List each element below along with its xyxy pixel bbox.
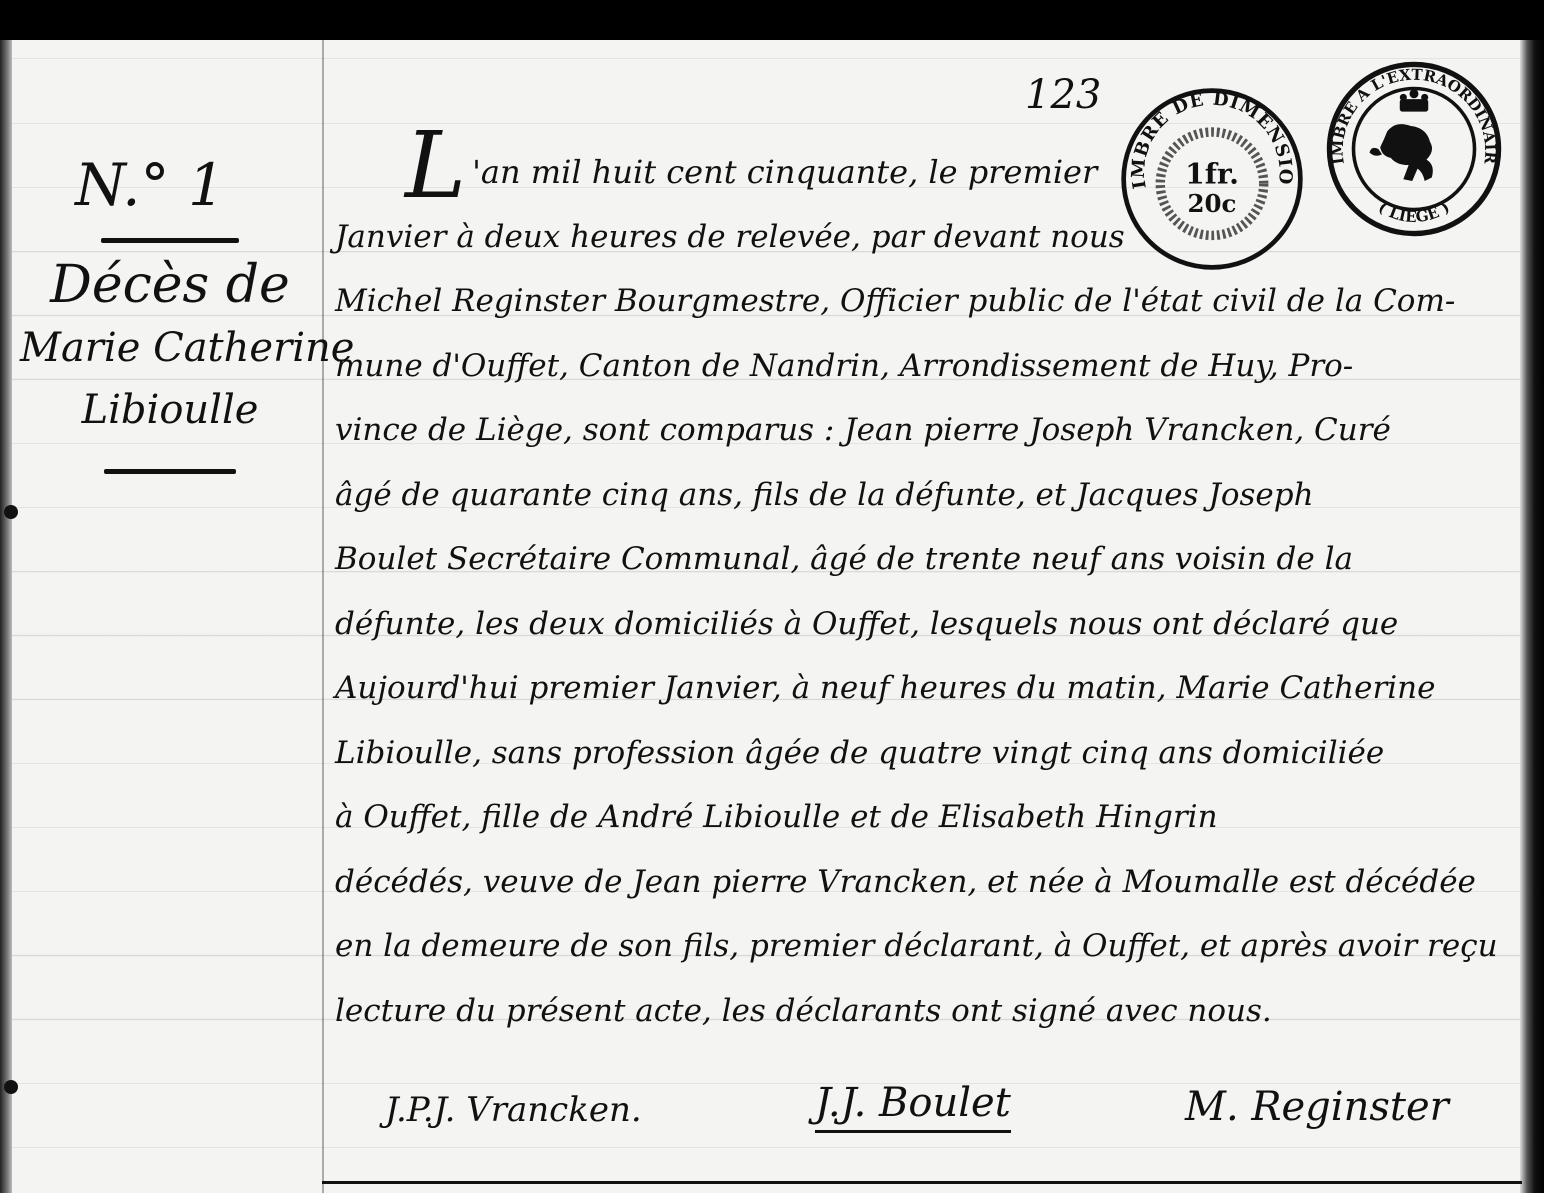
crown-icon xyxy=(1400,89,1428,111)
margin-rule xyxy=(322,40,324,1193)
margin-title: Décès de xyxy=(20,253,320,317)
margin-divider xyxy=(101,238,239,243)
margin-divider xyxy=(104,469,236,474)
text-line: en la demeure de son fils, premier décla… xyxy=(335,914,1510,979)
text-line: défunte, les deux domiciliés à Ouffet, l… xyxy=(335,592,1510,657)
dropcap: L xyxy=(405,112,466,219)
binding-hole xyxy=(4,505,18,519)
signature-vrancken: J.P.J. Vrancken. xyxy=(385,1090,642,1130)
folio-number: 123 xyxy=(1025,72,1101,118)
margin-name-given: Marie Catherine xyxy=(20,317,320,379)
signature-reginster: M. Reginster xyxy=(1185,1084,1449,1130)
text-line: L'an mil huit cent cinquante, le premier xyxy=(335,140,1510,205)
record-body: L'an mil huit cent cinquante, le premier… xyxy=(335,140,1510,1043)
text-line: décédés, veuve de Jean pierre Vrancken, … xyxy=(335,850,1510,915)
margin-column: N.° 1 Décès de Marie Catherine Libioulle xyxy=(20,150,320,474)
signature-boulet: J.J. Boulet xyxy=(815,1080,1011,1133)
binding-hole xyxy=(4,1080,18,1094)
text-line: vince de Liège, sont comparus : Jean pie… xyxy=(335,398,1510,463)
page-right-edge xyxy=(1520,40,1544,1193)
text-line: Libioulle, sans profession âgée de quatr… xyxy=(335,721,1510,786)
text-line: Janvier à deux heures de relevée, par de… xyxy=(335,205,1510,270)
margin-name-surname: Libioulle xyxy=(20,379,320,441)
bottom-rule xyxy=(322,1181,1522,1184)
text-line: lecture du présent acte, les déclarants … xyxy=(335,979,1510,1044)
text-line: âgé de quarante cinq ans, fils de la déf… xyxy=(335,463,1510,528)
text-line: Aujourd'hui premier Janvier, à neuf heur… xyxy=(335,656,1510,721)
text-line: Boulet Secrétaire Communal, âgé de trent… xyxy=(335,527,1510,592)
text-line: mune d'Ouffet, Canton de Nandrin, Arrond… xyxy=(335,334,1510,399)
text-line: Michel Reginster Bourgmestre, Officier p… xyxy=(335,269,1510,334)
text-line: à Ouffet, fille de André Libioulle et de… xyxy=(335,785,1510,850)
entry-number: N.° 1 xyxy=(0,150,320,220)
signature-block: J.P.J. Vrancken. J.J. Boulet M. Reginste… xyxy=(335,1090,1510,1150)
